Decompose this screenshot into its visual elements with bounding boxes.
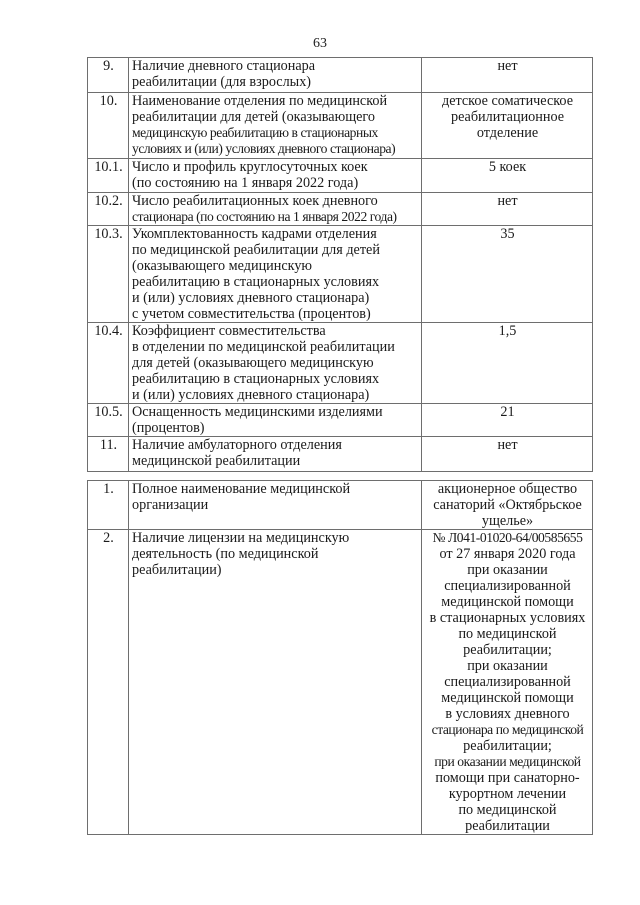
organization-info-table: 1. Полное наименование медицинской орган… xyxy=(87,480,593,835)
value-line: нет xyxy=(425,437,590,453)
row-value: 21 xyxy=(422,404,593,437)
label-line: Укомплектованность кадрами отделения xyxy=(132,226,419,242)
value-line: реабилитации xyxy=(425,818,590,834)
value-line: санаторий «Октябрьское xyxy=(425,497,590,513)
label-line: реабилитации) xyxy=(132,562,419,578)
row-label: Наличие амбулаторного отделения медицинс… xyxy=(129,437,422,472)
value-line: при оказании xyxy=(425,658,590,674)
label-line: (по состоянию на 1 января 2022 года) xyxy=(132,175,419,191)
value-line: 21 xyxy=(425,404,590,420)
label-line: реабилитацию в стационарных условиях xyxy=(132,274,419,290)
label-line: деятельность (по медицинской xyxy=(132,546,419,562)
label-line: Оснащенность медицинскими изделиями xyxy=(132,404,419,420)
row-label: Наличие лицензии на медицинскую деятельн… xyxy=(129,530,422,835)
row-value: детское соматическое реабилитационное от… xyxy=(422,93,593,159)
row-value: 1,5 xyxy=(422,323,593,404)
license-number: № Л041-01020-64/00585655 xyxy=(425,530,590,546)
value-line: по медицинской xyxy=(425,626,590,642)
value-line: нет xyxy=(425,193,590,209)
row-number: 11. xyxy=(88,437,129,472)
value-line: в условиях дневного xyxy=(425,706,590,722)
row-label: Полное наименование медицинской организа… xyxy=(129,481,422,530)
table-row: 10.4. Коэффициент совместительства в отд… xyxy=(88,323,593,404)
value-line: помощи при санаторно- xyxy=(425,770,590,786)
table-row: 1. Полное наименование медицинской орган… xyxy=(88,481,593,530)
row-value: нет xyxy=(422,193,593,226)
row-number: 2. xyxy=(88,530,129,835)
row-number: 10.3. xyxy=(88,226,129,323)
value-line: медицинской помощи xyxy=(425,690,590,706)
table-row: 11. Наличие амбулаторного отделения меди… xyxy=(88,437,593,472)
table-row: 10. Наименование отделения по медицинско… xyxy=(88,93,593,159)
value-line: при оказании медицинской xyxy=(425,754,590,770)
value-line: реабилитационное xyxy=(425,109,590,125)
table-row: 10.3. Укомплектованность кадрами отделен… xyxy=(88,226,593,323)
label-line: (процентов) xyxy=(132,420,419,436)
label-line: и (или) условиях дневного стационара) xyxy=(132,290,419,306)
row-value: 5 коек xyxy=(422,159,593,193)
value-line: по медицинской xyxy=(425,802,590,818)
label-line: медицинской реабилитации xyxy=(132,453,419,469)
row-number: 1. xyxy=(88,481,129,530)
label-line: для детей (оказывающего медицинскую xyxy=(132,355,419,371)
value-line: 5 коек xyxy=(425,159,590,175)
label-line: и (или) условиях дневного стационара) xyxy=(132,387,419,403)
label-line: организации xyxy=(132,497,419,513)
label-line: реабилитации для детей (оказывающего xyxy=(132,109,419,125)
label-line: Число и профиль круглосуточных коек xyxy=(132,159,419,175)
value-line: в стационарных условиях xyxy=(425,610,590,626)
label-line: с учетом совместительства (процентов) xyxy=(132,306,419,322)
value-line: при оказании xyxy=(425,562,590,578)
table-row: 10.1. Число и профиль круглосуточных кое… xyxy=(88,159,593,193)
value-line: ущелье» xyxy=(425,513,590,529)
label-line: стационара (по состоянию на 1 января 202… xyxy=(132,209,419,225)
row-value: № Л041-01020-64/00585655 от 27 января 20… xyxy=(422,530,593,835)
row-number: 10. xyxy=(88,93,129,159)
label-line: реабилитации (для взрослых) xyxy=(132,74,419,90)
row-label: Число и профиль круглосуточных коек (по … xyxy=(129,159,422,193)
label-line: Число реабилитационных коек дневного xyxy=(132,193,419,209)
value-line: специализированной xyxy=(425,674,590,690)
value-line: курортном лечении xyxy=(425,786,590,802)
label-line: Наименование отделения по медицинской xyxy=(132,93,419,109)
row-label: Коэффициент совместительства в отделении… xyxy=(129,323,422,404)
row-label: Число реабилитационных коек дневного ста… xyxy=(129,193,422,226)
row-number: 10.4. xyxy=(88,323,129,404)
rehabilitation-info-table: 9. Наличие дневного стационара реабилита… xyxy=(87,57,593,472)
value-line: акционерное общество xyxy=(425,481,590,497)
row-number: 9. xyxy=(88,58,129,93)
row-label: Оснащенность медицинскими изделиями (про… xyxy=(129,404,422,437)
value-line: специализированной xyxy=(425,578,590,594)
value-line: реабилитации; xyxy=(425,642,590,658)
value-line: реабилитации; xyxy=(425,738,590,754)
table-row: 2. Наличие лицензии на медицинскую деяте… xyxy=(88,530,593,835)
table-row: 10.5. Оснащенность медицинскими изделиям… xyxy=(88,404,593,437)
value-line: 35 xyxy=(425,226,590,242)
label-line: условиях и (или) условиях дневного стаци… xyxy=(132,141,419,157)
row-label: Укомплектованность кадрами отделения по … xyxy=(129,226,422,323)
row-label: Наименование отделения по медицинской ре… xyxy=(129,93,422,159)
page-number: 63 xyxy=(0,36,640,52)
label-line: в отделении по медицинской реабилитации xyxy=(132,339,419,355)
label-line: Коэффициент совместительства xyxy=(132,323,419,339)
label-line: медицинскую реабилитацию в стационарных xyxy=(132,125,419,141)
row-number: 10.2. xyxy=(88,193,129,226)
value-line: медицинской помощи xyxy=(425,594,590,610)
label-line: (оказывающего медицинскую xyxy=(132,258,419,274)
table-row: 10.2. Число реабилитационных коек дневно… xyxy=(88,193,593,226)
row-value: 35 xyxy=(422,226,593,323)
label-line: Полное наименование медицинской xyxy=(132,481,419,497)
row-value: акционерное общество санаторий «Октябрьс… xyxy=(422,481,593,530)
label-line: по медицинской реабилитации для детей xyxy=(132,242,419,258)
label-line: Наличие лицензии на медицинскую xyxy=(132,530,419,546)
row-number: 10.5. xyxy=(88,404,129,437)
license-date: от 27 января 2020 года xyxy=(425,546,590,562)
value-line: отделение xyxy=(425,125,590,141)
label-line: реабилитацию в стационарных условиях xyxy=(132,371,419,387)
value-line: нет xyxy=(425,58,590,74)
value-line: 1,5 xyxy=(425,323,590,339)
row-value: нет xyxy=(422,58,593,93)
row-value: нет xyxy=(422,437,593,472)
value-line: стационара по медицинской xyxy=(425,722,590,738)
row-number: 10.1. xyxy=(88,159,129,193)
table-row: 9. Наличие дневного стационара реабилита… xyxy=(88,58,593,93)
row-label: Наличие дневного стационара реабилитации… xyxy=(129,58,422,93)
label-line: Наличие дневного стационара xyxy=(132,58,419,74)
label-line: Наличие амбулаторного отделения xyxy=(132,437,419,453)
value-line: детское соматическое xyxy=(425,93,590,109)
